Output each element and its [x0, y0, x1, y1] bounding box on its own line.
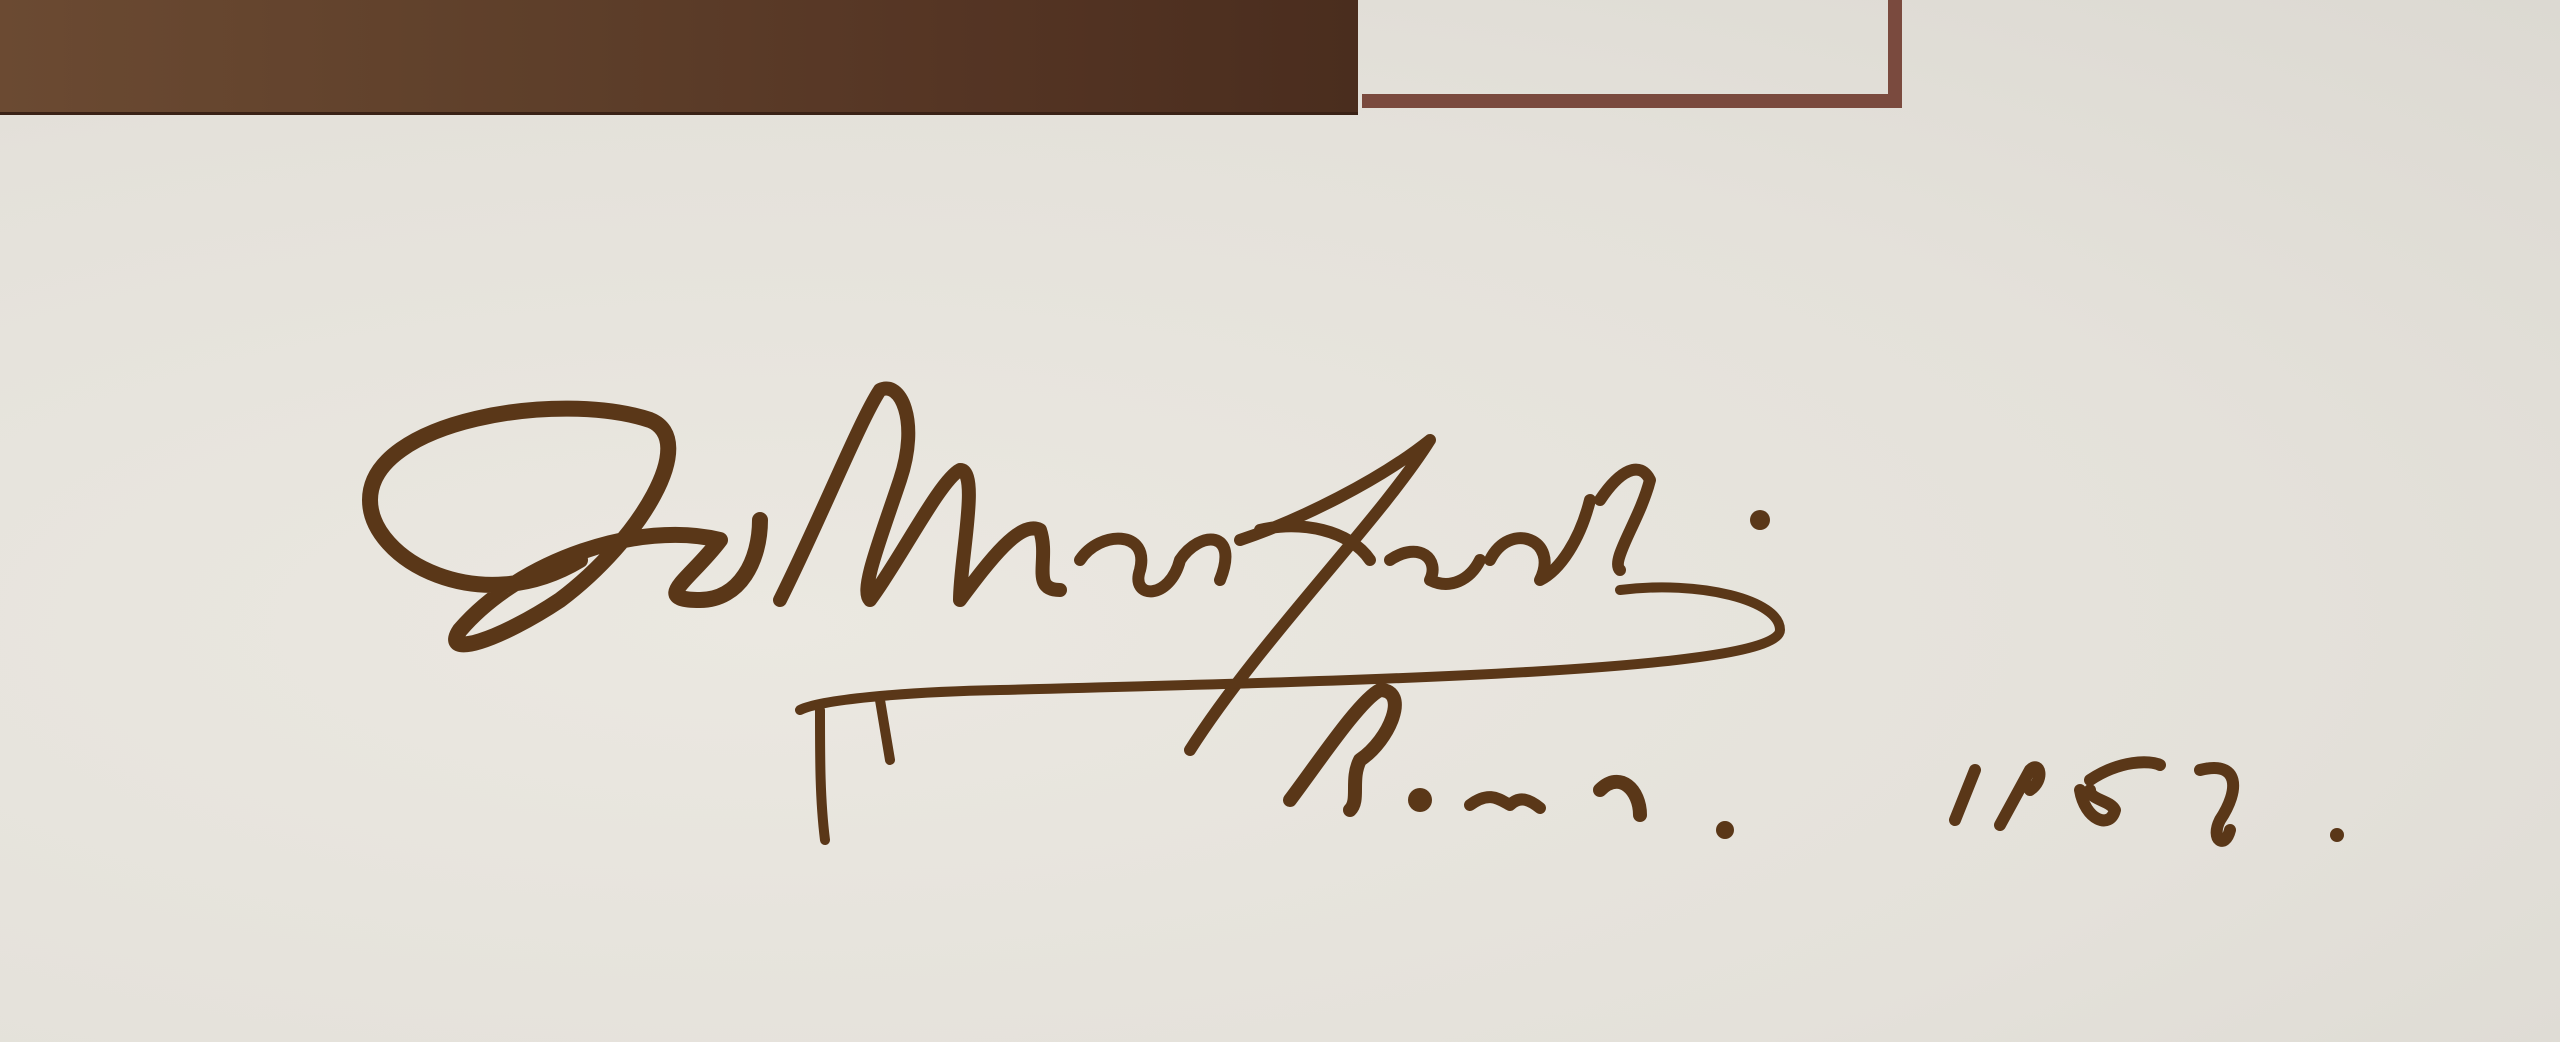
signature-drawing	[0, 0, 2560, 1042]
